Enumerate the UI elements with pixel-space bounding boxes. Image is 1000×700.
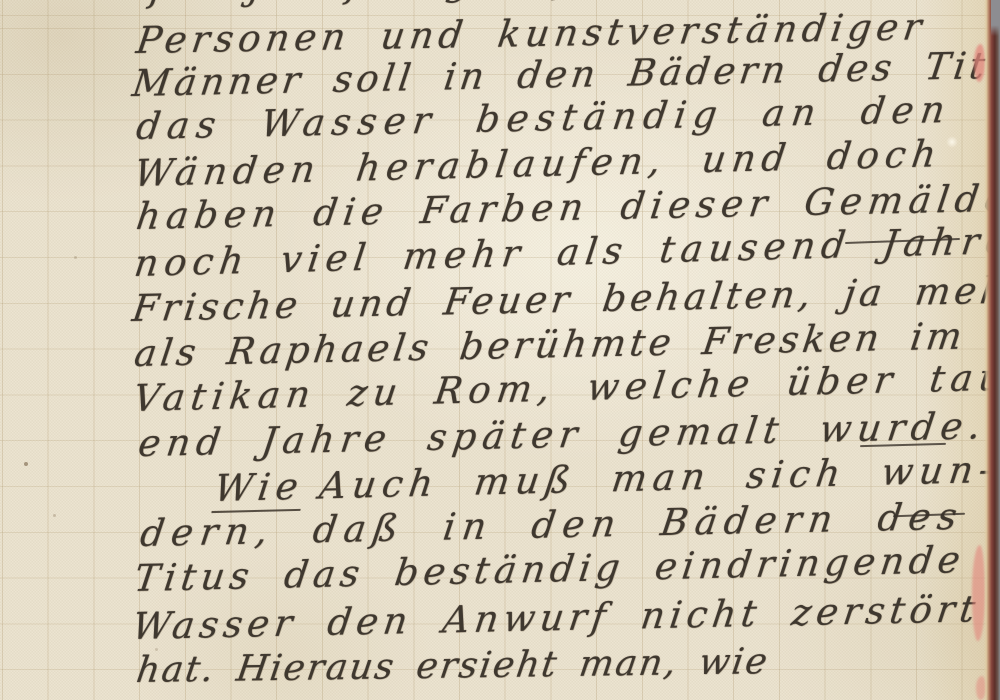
paper-stain — [53, 514, 56, 517]
background-corner — [991, 0, 1000, 36]
page-edge — [984, 0, 1000, 700]
scanned-notebook-photo: f j ſ g f ſ j Personen und kunstverständ… — [0, 0, 1000, 700]
manuscript-line: hat. Hieraus ersieht man, wie — [133, 639, 772, 694]
paper-stain — [74, 256, 77, 259]
paper-stain — [24, 462, 28, 466]
lead-word-underlined: Wie — [211, 465, 306, 513]
paper-fleck — [946, 136, 958, 148]
